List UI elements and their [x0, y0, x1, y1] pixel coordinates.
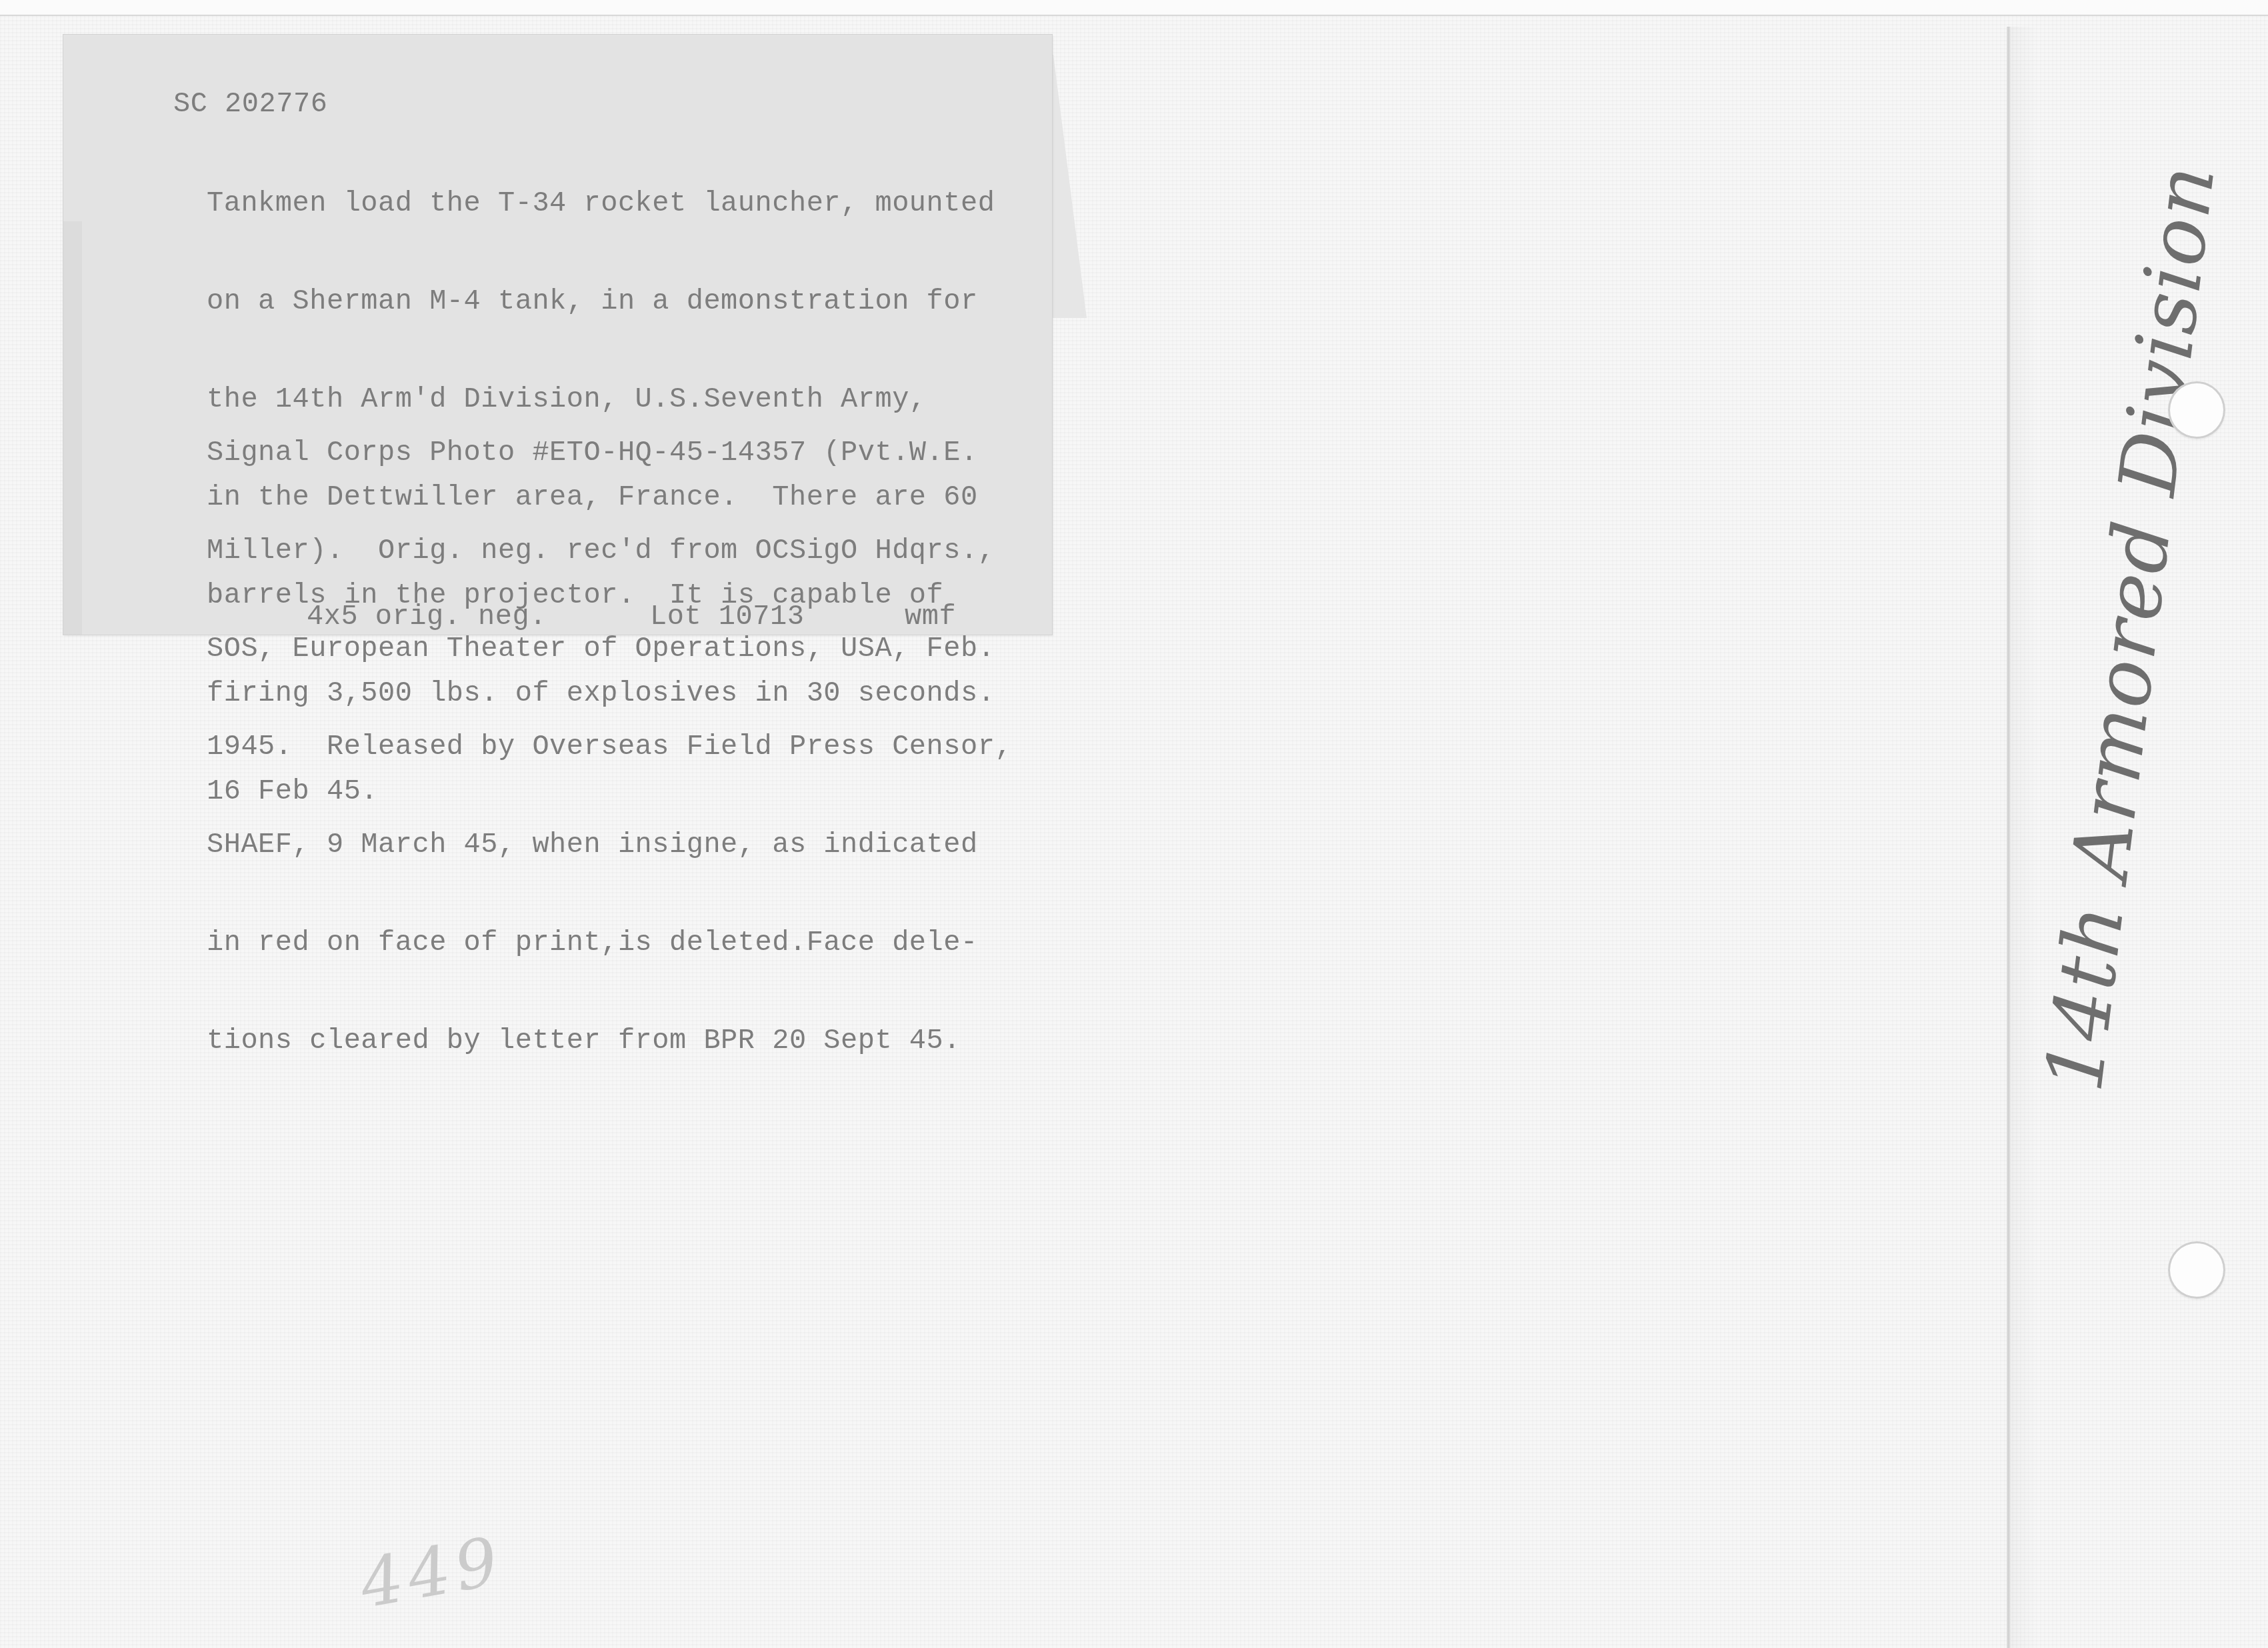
caption-line: 1945. Released by Overseas Field Press C…	[207, 731, 1012, 763]
lot-number: Lot 10713	[650, 601, 804, 633]
caption-line: SOS, European Theater of Operations, USA…	[207, 633, 1012, 665]
fold-shadow	[2011, 27, 2037, 1648]
caption-line: tions cleared by letter from BPR 20 Sept…	[207, 1025, 1012, 1057]
caption-slip-fold	[63, 221, 82, 635]
punch-hole-icon	[2168, 1241, 2225, 1299]
caption-line: in red on face of print,is deleted.Face …	[207, 927, 1012, 959]
caption-line: SHAEF, 9 March 45, when insigne, as indi…	[207, 829, 1012, 861]
negative-size: 4x5 orig. neg.	[307, 601, 547, 633]
caption-slip: SC 202776 Tankmen load the T-34 rocket l…	[63, 35, 1052, 635]
caption-credits: Signal Corps Photo #ETO-HQ-45-14357 (Pvt…	[207, 371, 1012, 1123]
caption-line: on a Sherman M-4 tank, in a demonstratio…	[207, 285, 995, 318]
punch-hole-icon	[2168, 381, 2225, 439]
scan-top-margin	[0, 0, 2268, 16]
caption-line: Tankmen load the T-34 rocket launcher, m…	[207, 187, 995, 220]
caption-id: SC 202776	[173, 88, 327, 121]
caption-footer: 4x5 orig. neg. Lot 10713 wmf	[63, 601, 1052, 634]
typist-initials: wmf	[905, 601, 956, 633]
caption-line: Signal Corps Photo #ETO-HQ-45-14357 (Pvt…	[207, 437, 1012, 469]
caption-line: Miller). Orig. neg. rec'd from OCSigO Hd…	[207, 535, 1012, 567]
